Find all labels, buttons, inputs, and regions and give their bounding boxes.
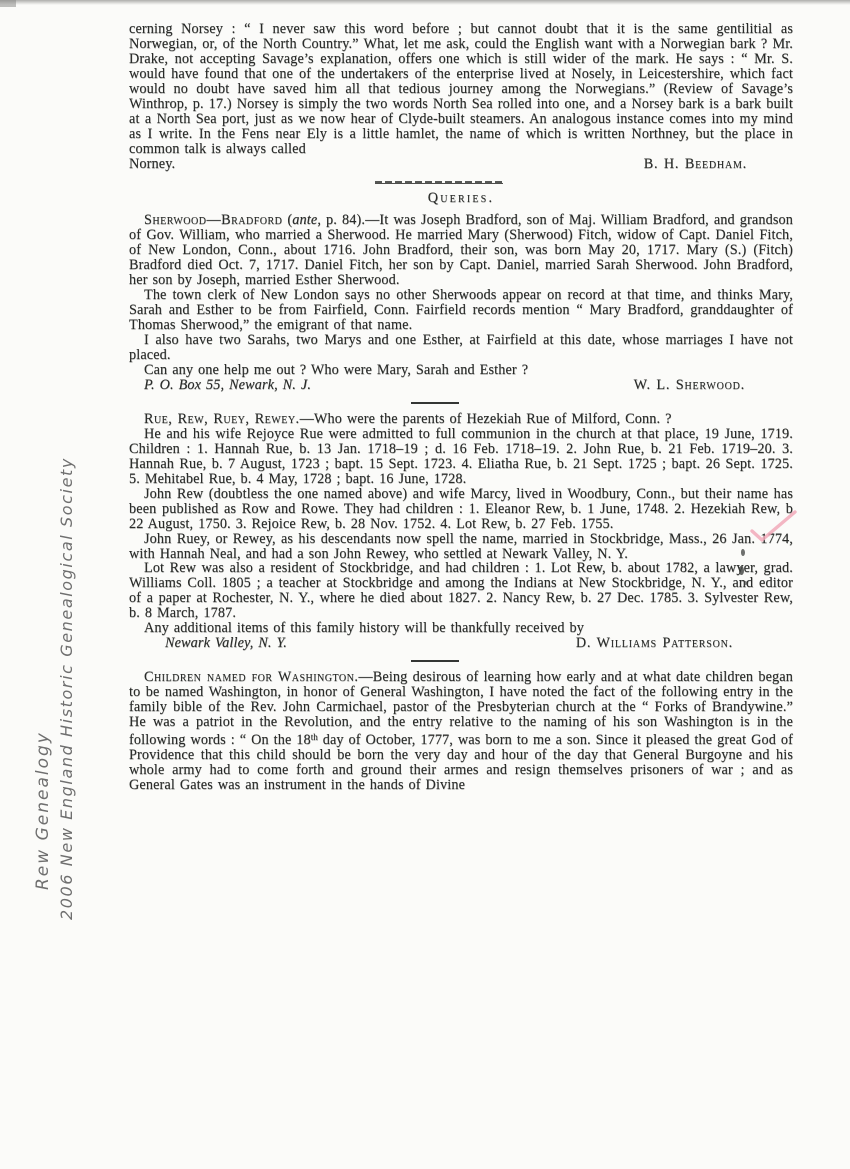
byline-left-text: Newark Valley, N. Y.	[129, 636, 287, 651]
scan-edge-artifact	[0, 0, 850, 5]
text-segment: Can any one help me out ? Who were Mary,…	[144, 362, 528, 378]
paragraph: Can any one help me out ? Who were Mary,…	[129, 363, 793, 378]
byline-row: Norney.B. H. Beedham.	[129, 157, 793, 172]
text-segment: Rue, Rew, Ruey, Rewey.	[144, 411, 300, 427]
separator-rule	[411, 660, 459, 662]
paragraph: Any additional items of this family hist…	[129, 621, 793, 636]
paragraph: Sherwood—Bradford (ante, p. 84).—It was …	[129, 213, 793, 288]
text-segment: Lot Rew was also a resident of Stockbrid…	[129, 560, 793, 621]
text-segment: I also have two Sarahs, two Marys and on…	[129, 332, 793, 363]
text-segment: Any additional items of this family hist…	[144, 620, 584, 636]
paragraph: I also have two Sarahs, two Marys and on…	[129, 333, 793, 363]
text-column: cerning Norsey : “ I never saw this word…	[129, 22, 793, 793]
byline-left-text: P. O. Box 55, Newark, N. J.	[129, 378, 311, 393]
scanned-page: Rew Genealogy 2006 New England Historic …	[0, 0, 850, 1169]
paragraph: He and his wife Rejoyce Rue were admitte…	[129, 427, 793, 487]
text-segment: The town clerk of New London says no oth…	[129, 287, 793, 333]
byline-row: P. O. Box 55, Newark, N. J.W. L. Sherwoo…	[129, 378, 793, 393]
byline-signature: W. L. Sherwood.	[634, 378, 793, 393]
separator-rule	[375, 181, 503, 184]
text-segment: (	[282, 212, 292, 228]
text-segment: —Who were the parents of Hezekiah Rue of…	[300, 411, 672, 427]
text-segment: Children named for Washington.	[144, 669, 358, 685]
text-segment: cerning Norsey : “ I never saw this word…	[129, 21, 793, 157]
paragraph: Children named for Washington.—Being des…	[129, 670, 793, 793]
pink-checkmark-icon	[748, 506, 800, 548]
paragraph: The town clerk of New London says no oth…	[129, 288, 793, 333]
text-segment: ante	[292, 212, 317, 228]
ink-speck	[744, 581, 747, 585]
byline-left-text: Norney.	[129, 157, 175, 172]
paragraph: Rue, Rew, Ruey, Rewey.—Who were the pare…	[129, 412, 793, 427]
byline-row: Newark Valley, N. Y.D. Williams Patterso…	[129, 636, 793, 651]
margin-note-attribution: 2006 New England Historic Genealogical S…	[57, 320, 76, 920]
paragraph: cerning Norsey : “ I never saw this word…	[129, 22, 793, 157]
byline-signature: D. Williams Patterson.	[576, 636, 793, 651]
paragraph: John Rew (doubtless the one named above)…	[129, 487, 793, 532]
text-segment: John Ruey, or Rewey, as his descendants …	[129, 531, 793, 562]
text-segment: He and his wife Rejoyce Rue were admitte…	[129, 426, 793, 487]
text-segment: th	[311, 732, 318, 742]
separator-rule	[411, 402, 459, 404]
ink-speck	[739, 566, 744, 575]
ink-speck	[741, 549, 745, 556]
scan-corner-artifact	[0, 0, 16, 7]
text-segment: Sherwood—Bradford	[144, 212, 282, 228]
paragraph: Lot Rew was also a resident of Stockbrid…	[129, 561, 793, 621]
paragraph: John Ruey, or Rewey, as his descendants …	[129, 532, 793, 562]
text-segment: John Rew (doubtless the one named above)…	[129, 486, 793, 532]
margin-note-title: Rew Genealogy	[33, 320, 53, 920]
byline-signature: B. H. Beedham.	[644, 157, 793, 172]
handwritten-margin-note: Rew Genealogy 2006 New England Historic …	[33, 320, 76, 920]
section-heading: Queries.	[129, 191, 793, 206]
